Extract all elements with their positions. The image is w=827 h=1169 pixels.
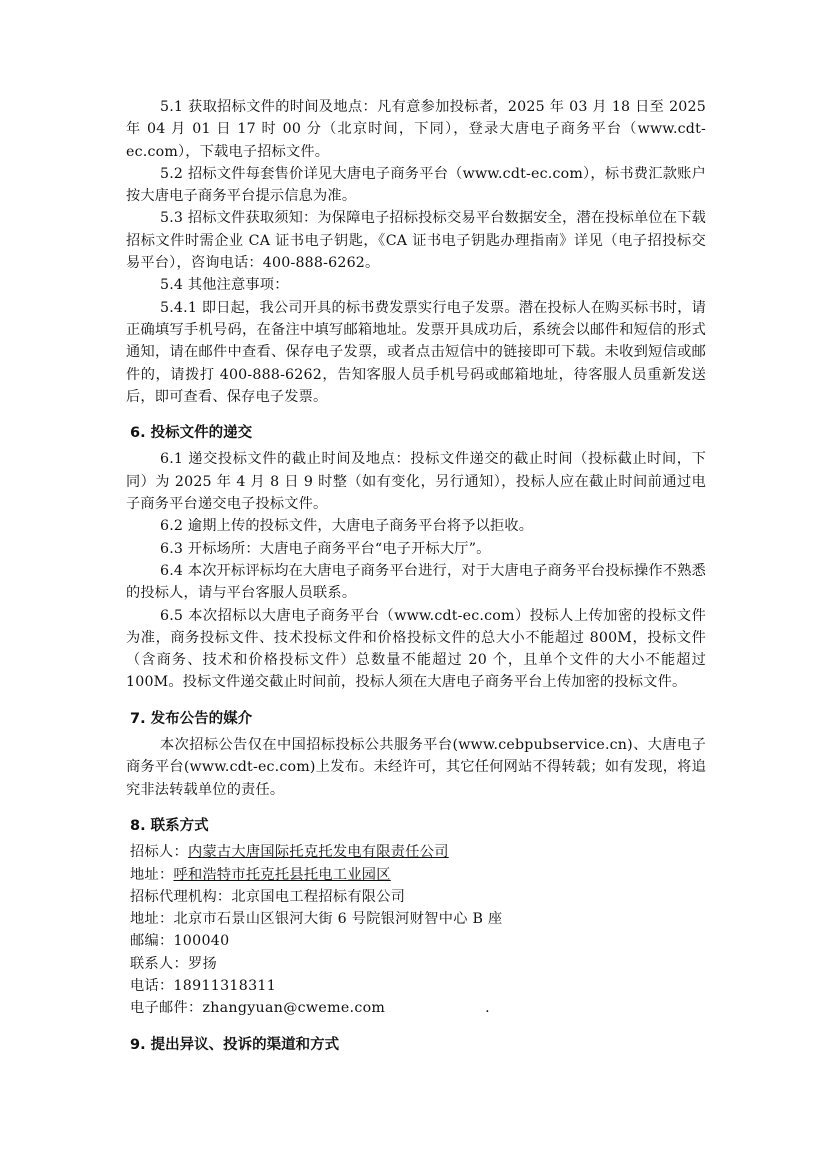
phone-label: 电话： — [130, 978, 173, 994]
trailing-dot: . — [485, 997, 490, 1019]
tenderer-address: 呼和浩特市托克托县托电工业园区 — [173, 867, 390, 883]
paragraph-6-5: 6.5 本次招标以大唐电子商务平台（www.cdt-ec.com）投标人上传加密… — [126, 605, 706, 694]
agency-name: 北京国电工程招标有限公司 — [231, 889, 405, 905]
paragraph-6-1: 6.1 递交投标文件的截止时间及地点：投标文件递交的截止时间（投标截止时间，下同… — [126, 448, 706, 515]
paragraph-5-3: 5.3 招标文件获取须知：为保障电子招标投标交易平台数据安全，潜在投标单位在下载… — [126, 207, 706, 274]
section-8-heading: 8. 联系方式 — [130, 815, 706, 837]
phone-value: 18911318311 — [173, 978, 276, 994]
agency-address-line: 地址：北京市石景山区银河大街 6 号院银河财智中心 B 座 — [130, 908, 706, 930]
address-label: 地址： — [130, 867, 173, 883]
section-9-heading: 9. 提出异议、投诉的渠道和方式 — [130, 1034, 706, 1056]
email-label: 电子邮件： — [130, 1000, 202, 1016]
paragraph-5-1: 5.1 获取招标文件的时间及地点：凡有意参加投标者，2025 年 03 月 18… — [126, 96, 706, 163]
document-page: 5.1 获取招标文件的时间及地点：凡有意参加投标者，2025 年 03 月 18… — [126, 96, 706, 1060]
postcode-line: 邮编：100040 — [130, 930, 706, 952]
section-6-heading: 6. 投标文件的递交 — [130, 422, 706, 444]
tenderer-line: 招标人：内蒙古大唐国际托克托发电有限责任公司 — [130, 841, 706, 863]
paragraph-6-2: 6.2 逾期上传的投标文件，大唐电子商务平台将予以拒收。 — [126, 515, 706, 537]
agency-label: 招标代理机构： — [130, 889, 231, 905]
paragraph-5-4: 5.4 其他注意事项： — [126, 274, 706, 296]
paragraph-5-2: 5.2 招标文件每套售价详见大唐电子商务平台（www.cdt-ec.com），标… — [126, 163, 706, 208]
agency-line: 招标代理机构：北京国电工程招标有限公司 — [130, 886, 706, 908]
contact-block: 招标人：内蒙古大唐国际托克托发电有限责任公司 地址：呼和浩特市托克托县托电工业园… — [130, 841, 706, 1019]
paragraph-5-4-1: 5.4.1 即日起，我公司开具的标书费发票实行电子发票。潜在投标人在购买标书时，… — [126, 297, 706, 408]
paragraph-6-3: 6.3 开标场所：大唐电子商务平台“电子开标大厅”。 — [126, 538, 706, 560]
paragraph-6-4: 6.4 本次开标评标均在大唐电子商务平台进行，对于大唐电子商务平台投标操作不熟悉… — [126, 560, 706, 605]
contact-line: 联系人：罗扬 — [130, 953, 706, 975]
contact-label: 联系人： — [130, 956, 188, 972]
email-line: 电子邮件：zhangyuan@cweme.com. — [130, 997, 706, 1019]
contact-name: 罗扬 — [188, 956, 217, 972]
postcode-value: 100040 — [173, 933, 229, 949]
postcode-label: 邮编： — [130, 933, 173, 949]
address-label: 地址： — [130, 911, 173, 927]
tenderer-name: 内蒙古大唐国际托克托发电有限责任公司 — [188, 844, 449, 860]
phone-line: 电话：18911318311 — [130, 975, 706, 997]
paragraph-7: 本次招标公告仅在中国招标投标公共服务平台(www.cebpubservice.c… — [126, 734, 706, 801]
email-value[interactable]: zhangyuan@cweme.com — [202, 1000, 385, 1016]
section-7-heading: 7. 发布公告的媒介 — [130, 708, 706, 730]
agency-address: 北京市石景山区银河大街 6 号院银河财智中心 B 座 — [173, 911, 502, 927]
tenderer-label: 招标人： — [130, 844, 188, 860]
tenderer-address-line: 地址：呼和浩特市托克托县托电工业园区 — [130, 864, 706, 886]
